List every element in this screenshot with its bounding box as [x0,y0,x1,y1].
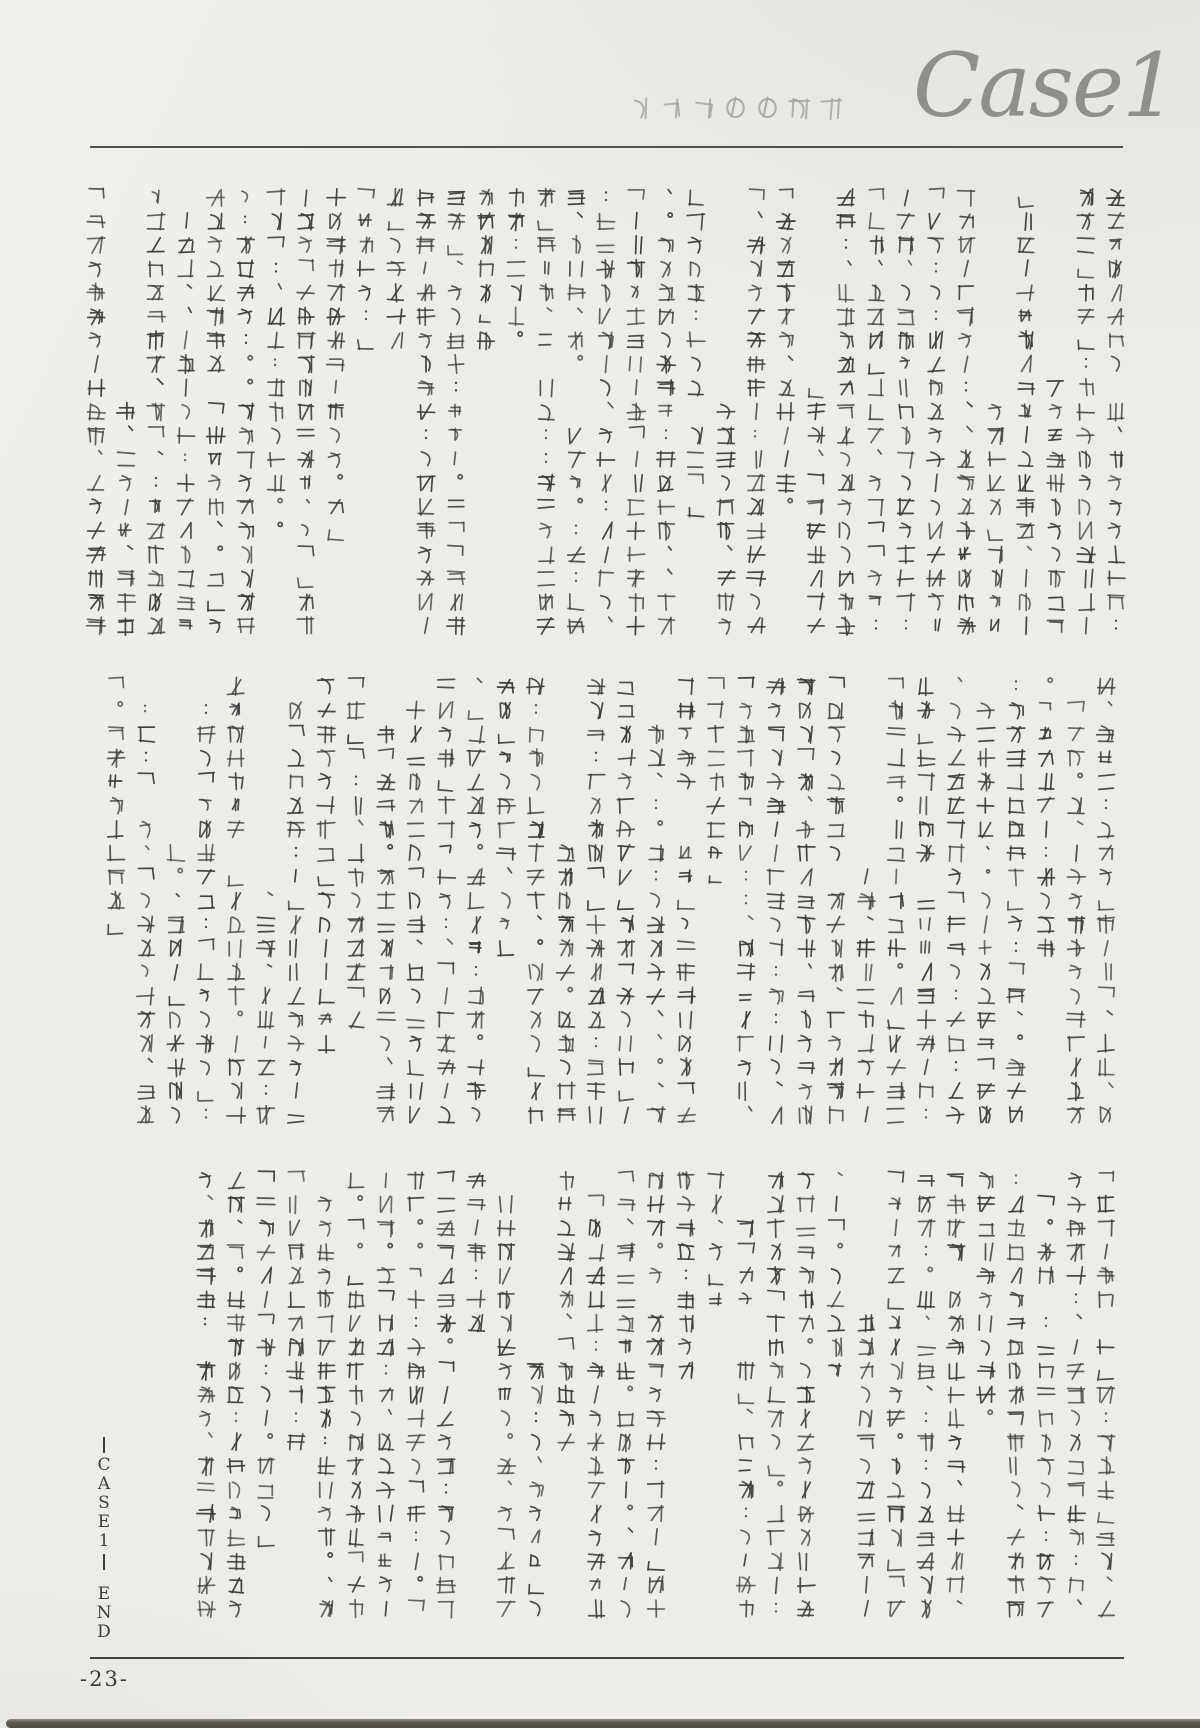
footer-rule [90,1657,1124,1659]
text-block-bottom [191,1170,1121,1626]
chapter-subtitle [627,95,847,123]
scanned-page: Case1 CASE1END -23- [0,0,1200,1728]
scan-edge-band [6,1719,1200,1728]
page-number: -23- [80,1667,129,1691]
case-number-label: Case1 [913,36,1176,136]
chapter-subtitle-glyphs [627,95,847,123]
text-block-middle [101,676,1121,1128]
story-end-marker: CASE1END [90,1434,118,1642]
header-rule [90,146,1123,148]
text-block-top [81,187,1131,639]
